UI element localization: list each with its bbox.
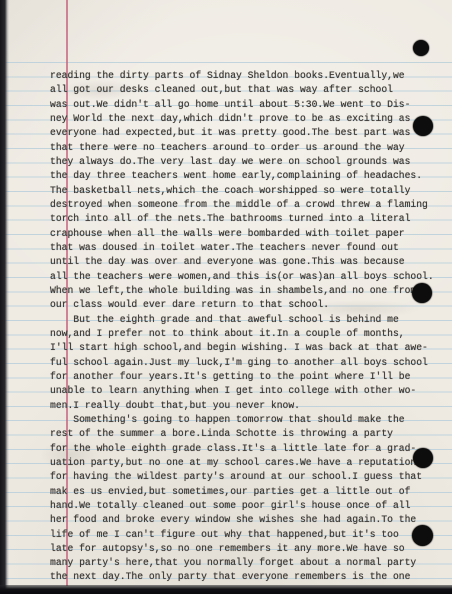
typed-line: craphouse when all the walls were bombar…	[50, 227, 450, 241]
typed-line: for the whole eighth grade class.It's a …	[50, 442, 450, 456]
punch-hole	[412, 283, 432, 303]
typed-line: men.I really doubt that,but you never kn…	[50, 399, 450, 413]
typed-line: When we left,the whole building was in s…	[50, 284, 450, 298]
typed-line: they always do.The very last day we were…	[50, 155, 450, 169]
typed-line: now,and I prefer not to think about it.I…	[50, 327, 450, 341]
typed-line: her food and broke every window she wish…	[50, 513, 450, 527]
typed-line: reading the dirty parts of Sidnay Sheldo…	[50, 69, 450, 83]
typed-line: that was doused in toilet water.The teac…	[50, 241, 450, 255]
punch-hole	[413, 40, 429, 56]
punch-hole	[412, 525, 433, 546]
typed-text-block: reading the dirty parts of Sidnay Sheldo…	[50, 69, 450, 585]
punch-hole	[413, 116, 433, 136]
typed-line: the day three teachers went home early,c…	[50, 169, 450, 183]
typed-line: our class would ever dare return to that…	[50, 298, 450, 312]
typed-line: The basketball nets,which the coach wors…	[50, 184, 450, 198]
typed-line: all got our desks cleaned out,but that w…	[50, 83, 450, 97]
typed-line: uation party,but no one at my school car…	[50, 456, 450, 470]
typed-line: hand.We totally cleaned out some poor gi…	[50, 499, 450, 513]
typed-line: for having the wildest party's around at…	[50, 470, 450, 484]
punch-hole	[413, 448, 433, 468]
typed-line: for another four years.It's getting to t…	[50, 370, 450, 384]
typed-line: many party's here,that you normally forg…	[50, 556, 450, 570]
typed-line: was out.We didn't all go home until abou…	[50, 98, 450, 112]
typed-line: until the day was over and everyone was …	[50, 255, 450, 269]
typed-line: rest of the summer a bore.Linda Schotte …	[50, 427, 450, 441]
typed-line: I'll start high school,and begin wishing…	[50, 341, 450, 355]
scan-edge-left	[0, 0, 9, 594]
typed-line: everyone had expected,but it was pretty …	[50, 126, 450, 140]
scanned-page: reading the dirty parts of Sidnay Sheldo…	[0, 0, 452, 594]
typed-line: destroyed when someone from the middle o…	[50, 198, 450, 212]
typed-line: all the teachers were women,and this is(…	[50, 270, 450, 284]
typed-line: mak es us envied,but sometimes,our parti…	[50, 485, 450, 499]
typed-line: torch into all of the nets.The bathrooms…	[50, 212, 450, 226]
typed-line: that there were no teachers around to or…	[50, 141, 450, 155]
typed-line: the next day.The only party that everyon…	[50, 570, 450, 584]
typed-line: unable to learn anything when I get into…	[50, 384, 450, 398]
typed-line: late for autopsy's,so no one remembers i…	[50, 542, 450, 556]
typed-line: Something's going to happen tomorrow tha…	[50, 413, 450, 427]
typed-line: But the eighth grade and that aweful sch…	[50, 313, 450, 327]
typed-line: life of me I can't figure out why that h…	[50, 528, 450, 542]
typed-line: ney World the next day,which didn't prov…	[50, 112, 450, 126]
typed-line: ful school again.Just my luck,I'm ging t…	[50, 356, 450, 370]
scan-edge-bottom	[0, 585, 452, 594]
